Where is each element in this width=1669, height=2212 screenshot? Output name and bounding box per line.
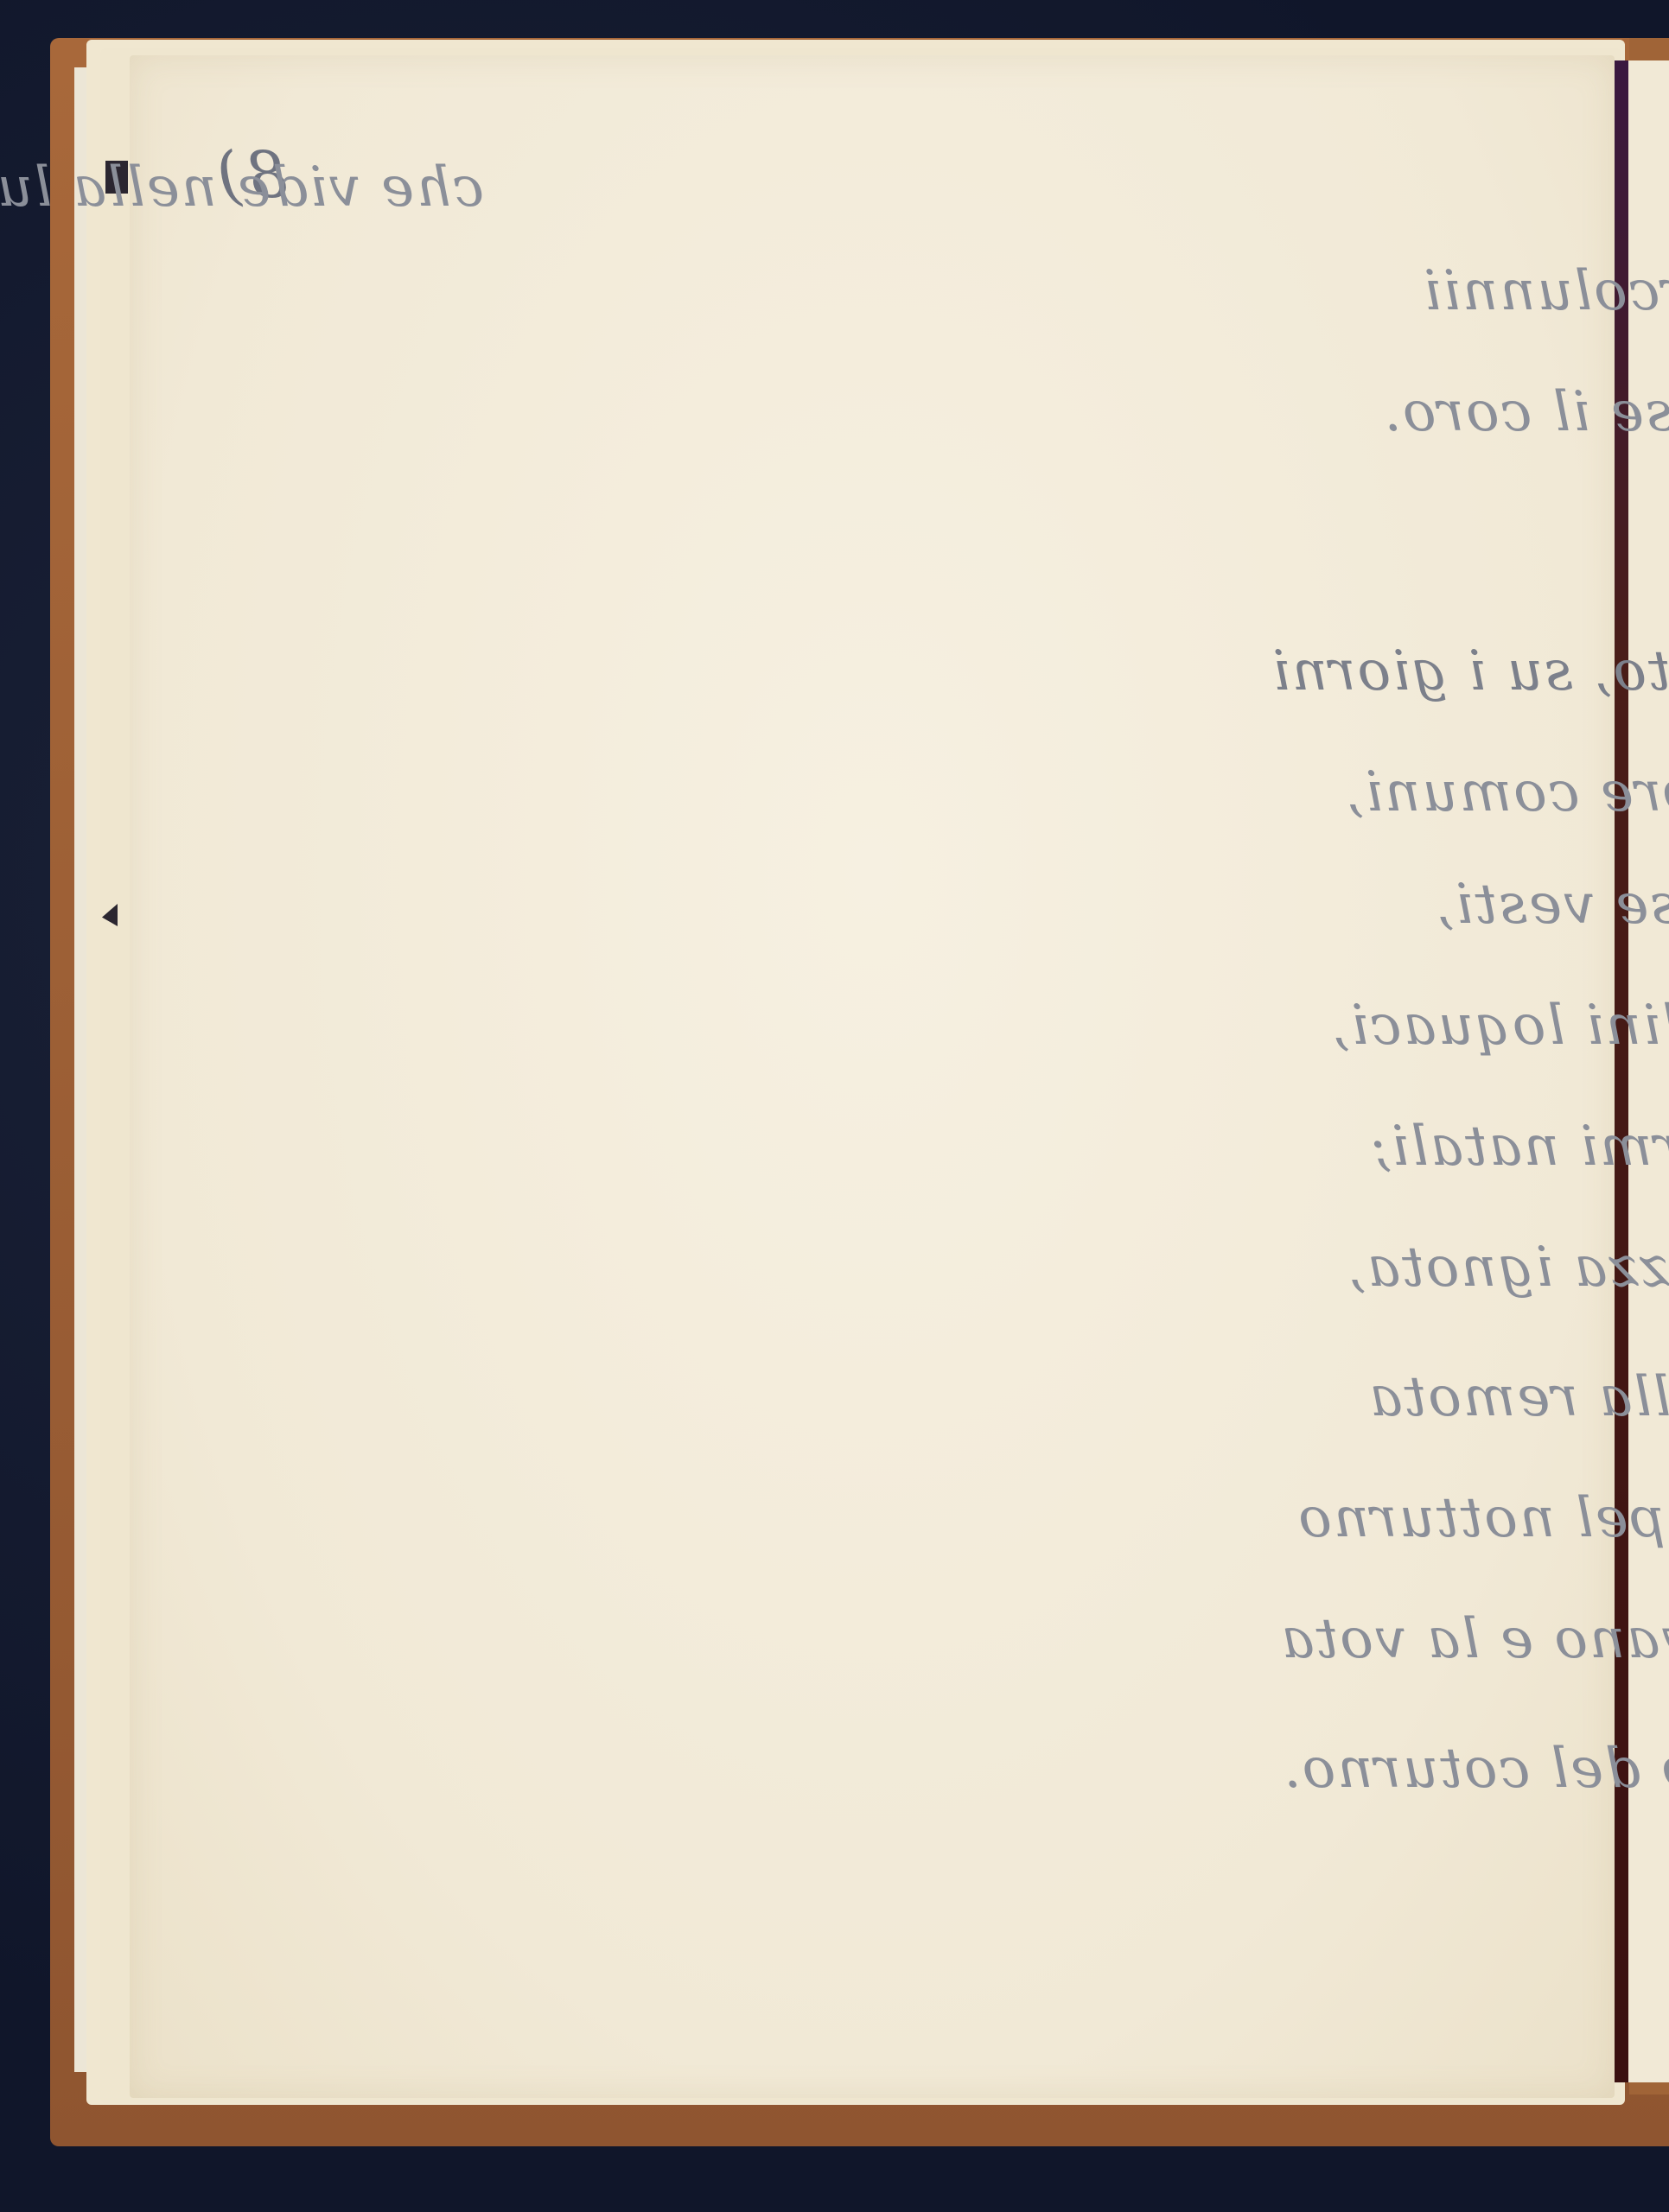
text-line: condusse il coro. xyxy=(1383,380,1669,444)
text-line: e su l'opre comuni, xyxy=(1344,760,1669,824)
text-line: mentre nella remota xyxy=(1367,1365,1669,1429)
text-line: tra vane moltitudini loquaci, xyxy=(1330,994,1669,1058)
text-line: il figlio degli Elleni in false vesti, xyxy=(1435,873,1669,937)
text-line: ordine e bianco per gli intercolunnii xyxy=(1422,259,1669,323)
text-line: lungi ai marmi natali; xyxy=(1369,1115,1669,1179)
text-line: silenzio biancheggiavano e la vota xyxy=(1279,1607,1669,1671)
text-line: isola i suoi teatri pel notturno xyxy=(1296,1486,1669,1550)
text-line: Cantava innamorato, su i giorni xyxy=(1271,639,1669,703)
text-line: scena attendeva l'urto del coturno. xyxy=(1282,1737,1669,1801)
text-line: e in cor gli ardeva una tristezza ignota… xyxy=(1347,1236,1669,1300)
